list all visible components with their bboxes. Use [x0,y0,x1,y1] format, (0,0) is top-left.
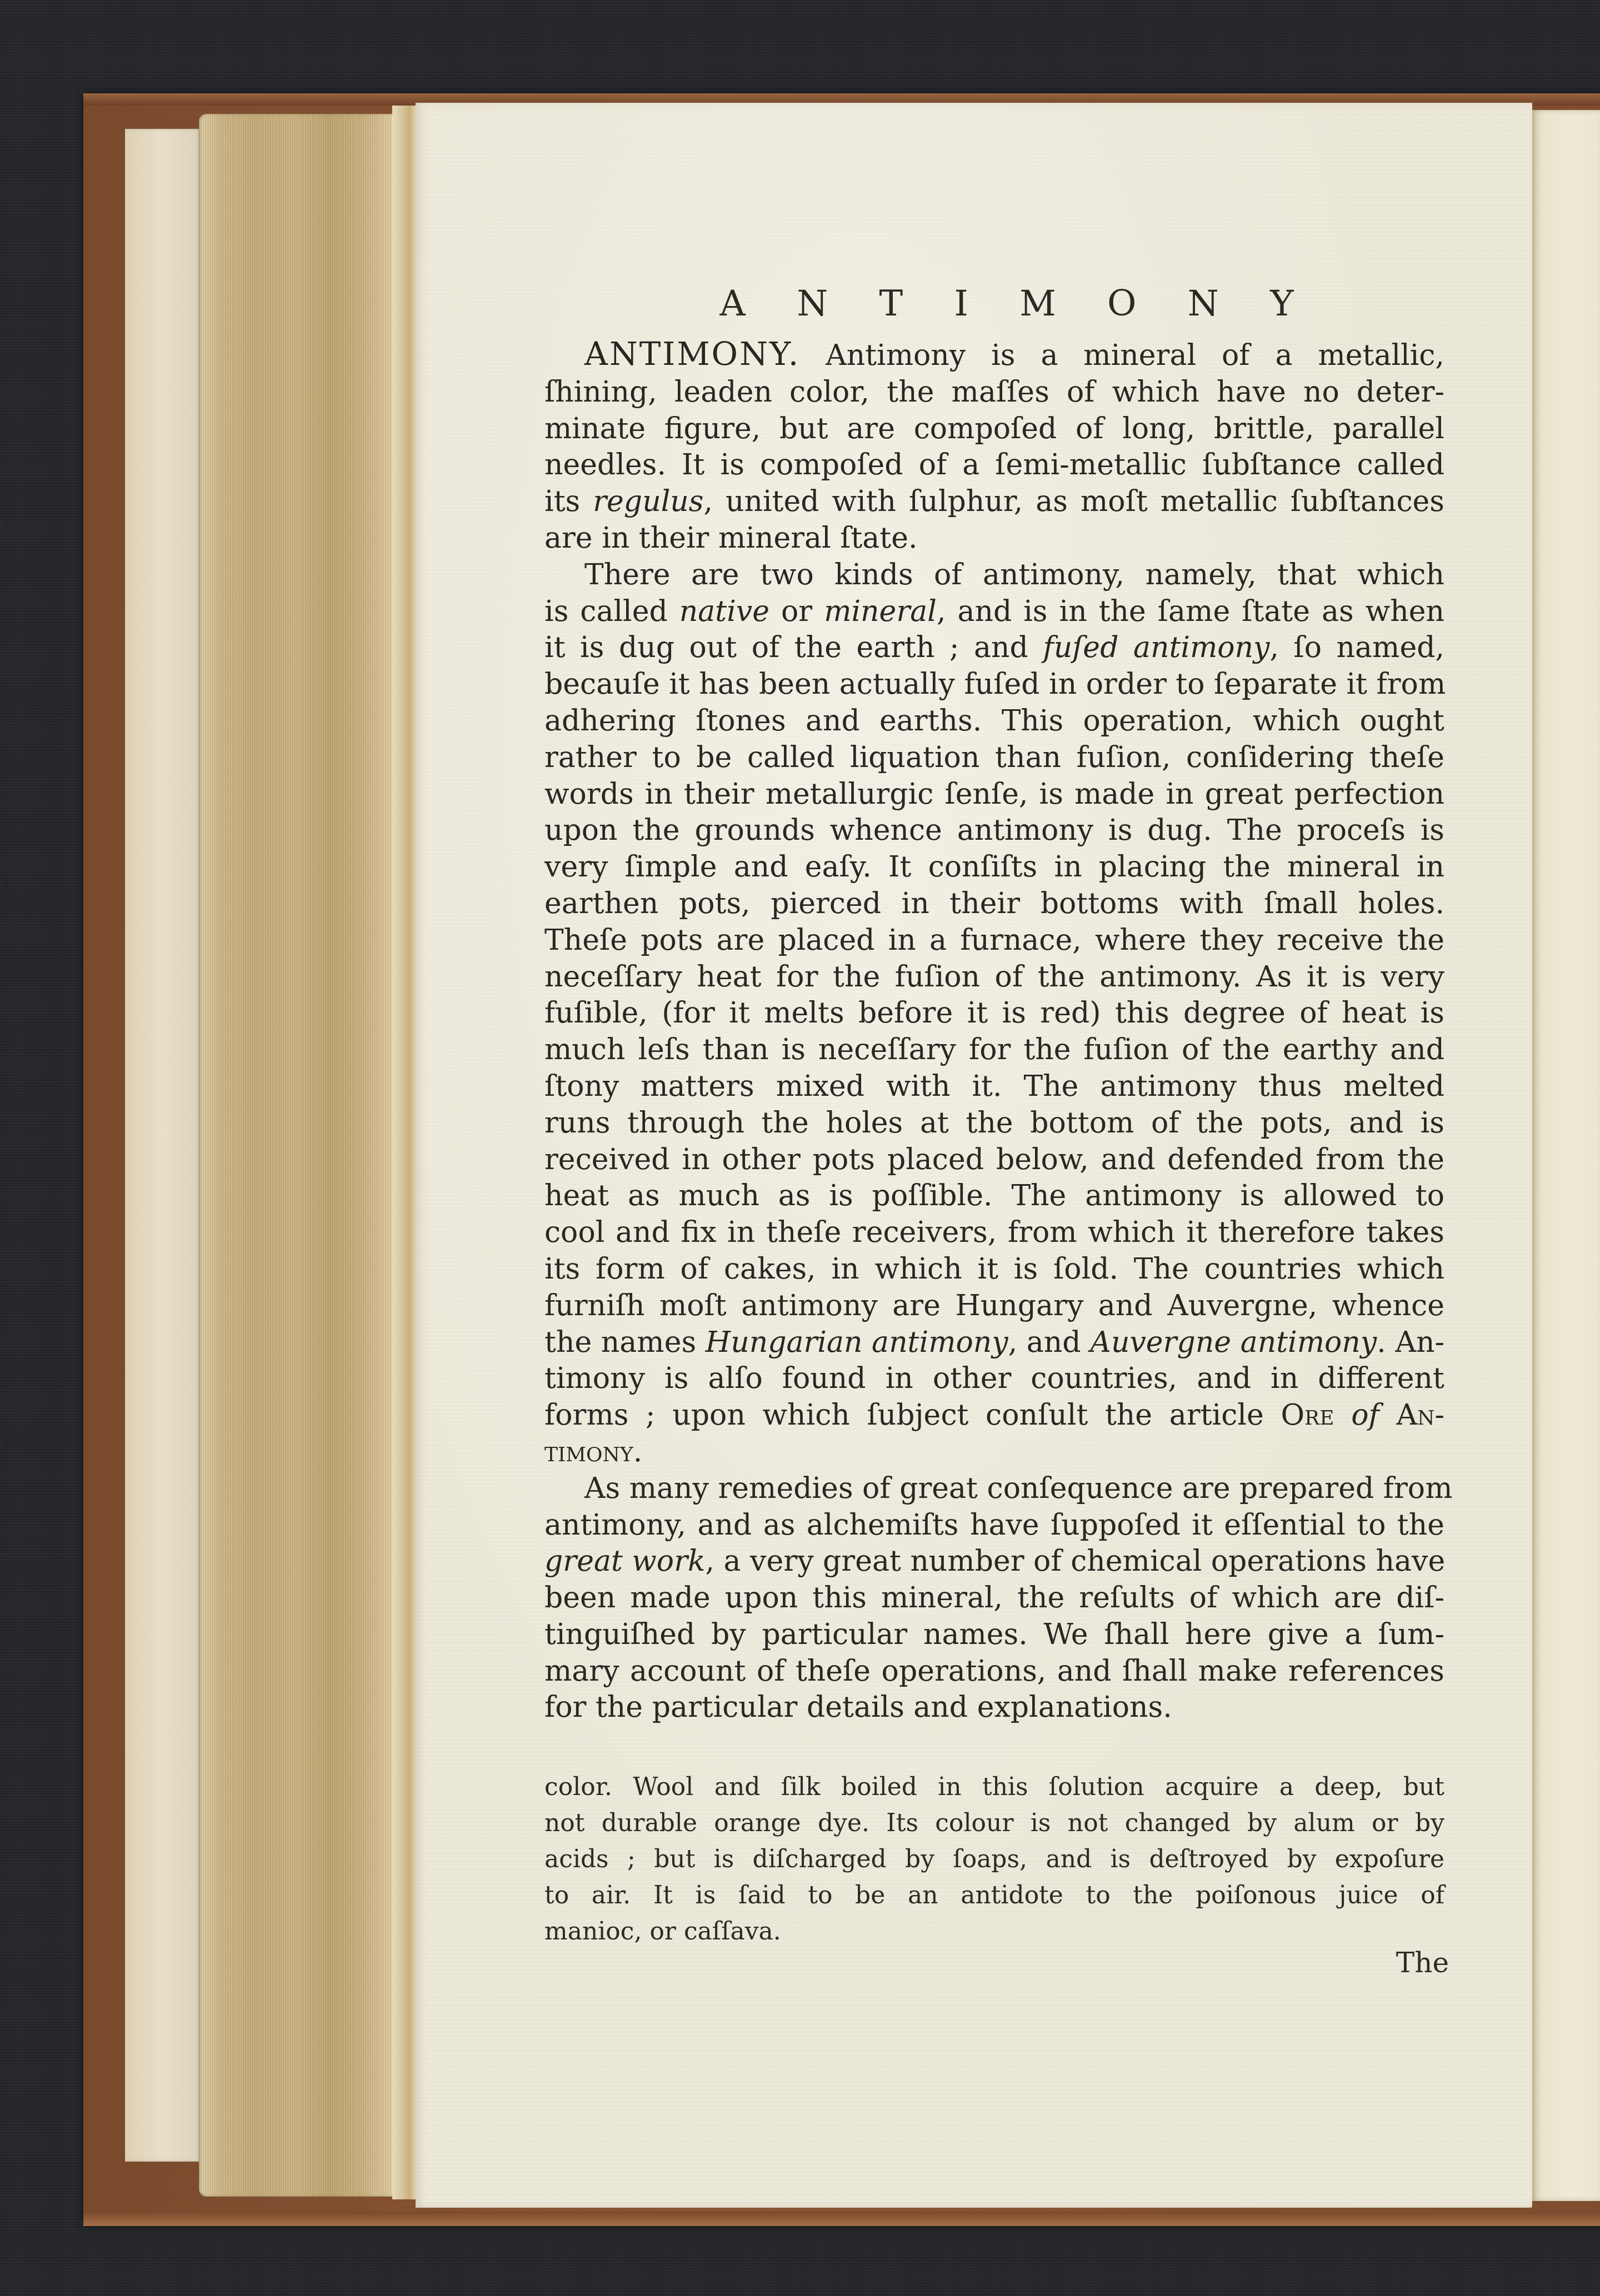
text-line: the names Hungarian antimony, and Auverg… [544,1325,1444,1361]
text-segment: great work [544,1545,706,1578]
text-segment: rather to be called liquation than fuſio… [544,741,1444,774]
text-segment: been made upon this mineral, the reſults… [544,1581,1444,1615]
text-line: for the particular details and explanati… [544,1690,1444,1726]
text-line: words in their metallurgic ſenſe, is mad… [544,776,1444,813]
text-segment: fuſible, (for it melts before it is red)… [544,996,1444,1030]
text-line: fuſible, (for it melts before it is red)… [544,995,1444,1032]
running-head: A N T I M O N Y [589,286,1444,322]
book-page: A N T I M O N Y ANTIMONY. Antimony is a … [416,103,1532,2208]
text-segment [1379,1398,1397,1432]
text-segment: mary account of theſe operations, and ſh… [544,1655,1444,1688]
text-segment: for the particular details and explanati… [544,1691,1172,1724]
text-line: timony is alſo found in other countries,… [544,1361,1444,1397]
page-block-fore-edge [199,114,416,2197]
text-line: forms ; upon which ſubject conſult the a… [544,1397,1444,1434]
text-line: mary account of theſe operations, and ſh… [544,1653,1444,1690]
footnote-line: manioc, or caſſava. [544,1913,1444,1949]
text-segment: As many remedies of great conſequence ar… [584,1472,1452,1505]
paragraph: As many remedies of great conſequence ar… [544,1471,1444,1727]
text-segment: the names [544,1326,706,1359]
text-segment: timony is alſo found in other countries,… [544,1362,1444,1395]
text-segment: Ore [1281,1398,1334,1432]
text-line: ANTIMONY. Antimony is a mineral of a met… [544,336,1444,374]
text-segment: or [769,595,824,628]
text-line: There are two kinds of antimony, namely,… [544,557,1444,594]
text-segment [1334,1398,1351,1432]
footnote-line: color. Wool and ſilk boiled in this ſolu… [544,1769,1444,1805]
text-line: needles. It is compoſed of a ſemi-metall… [544,447,1444,484]
text-line: received in other pots placed below, and… [544,1142,1444,1179]
text-segment: tinguiſhed by particular names. We ſhall… [544,1618,1444,1651]
text-segment: , ſo named, [1269,631,1444,664]
text-line: Theſe pots are placed in a furnace, wher… [544,923,1444,959]
text-segment: earthen pots, pierced in their bottoms w… [544,887,1444,920]
text-line: upon the grounds whence antimony is dug.… [544,813,1444,849]
text-line: adhering ſtones and earths. This operati… [544,703,1444,740]
text-segment: ſhining, leaden color, the maſſes of whi… [544,375,1444,409]
text-segment: . An- [1377,1326,1444,1359]
text-segment: forms ; upon which ſubject conſult the a… [544,1398,1281,1432]
text-segment: Antimony is a mineral of a metallic, [800,339,1444,372]
paragraph: ANTIMONY. Antimony is a mineral of a met… [544,336,1444,557]
text-line: cool and fix in theſe receivers, from wh… [544,1215,1444,1251]
text-segment: upon the grounds whence antimony is dug.… [544,814,1444,847]
text-line: furniſh moſt antimony are Hungary and Au… [544,1288,1444,1325]
footnote: color. Wool and ſilk boiled in this ſolu… [544,1769,1444,1949]
text-line: runs through the holes at the bottom of … [544,1105,1444,1142]
text-line: antimony, and as alchemiſts have ſuppoſe… [544,1507,1444,1544]
text-segment: , and [1008,1326,1091,1359]
text-line: its regulus, united with ſulphur, as moſ… [544,484,1444,520]
text-line: been made upon this mineral, the reſults… [544,1580,1444,1617]
footnote-line: acids ; but is diſcharged by ſoaps, and … [544,1841,1444,1877]
text-line: very ſimple and eaſy. It conſiſts in pla… [544,849,1444,886]
text-line: its form of cakes, in which it is ſold. … [544,1251,1444,1288]
text-segment: received in other pots placed below, and… [544,1143,1444,1176]
text-segment: words in their metallurgic ſenſe, is mad… [544,778,1444,811]
text-segment: Hungarian antimony [706,1326,1008,1359]
text-segment: much leſs than is neceſſary for the fuſi… [544,1033,1444,1066]
next-page-sliver[interactable] [1531,110,1600,2201]
text-segment: fuſed antimony [1043,631,1269,664]
text-line: timony. [544,1434,1444,1471]
text-segment: antimony, and as alchemiſts have ſuppoſe… [544,1508,1444,1542]
footnote-line: not durable orange dye. Its colour is no… [544,1805,1444,1841]
text-line: neceſſary heat for the fuſion of the ant… [544,959,1444,996]
text-segment: very ſimple and eaſy. It conſiſts in pla… [544,850,1444,884]
text-segment: native [679,595,769,628]
text-segment: Auvergne antimony [1090,1326,1377,1359]
text-line: it is dug out of the earth ; and fuſed a… [544,630,1444,666]
text-line: heat as much as is poſſible. The antimon… [544,1178,1444,1215]
text-segment: of [1351,1398,1379,1432]
text-segment: are in their mineral ſtate. [544,522,918,555]
text-segment: it is dug out of the earth ; and [544,631,1043,664]
text-line: ſhining, leaden color, the maſſes of whi… [544,374,1444,411]
text-line: becauſe it has been actually fuſed in or… [544,666,1444,703]
text-segment: furniſh moſt antimony are Hungary and Au… [544,1289,1444,1322]
text-segment: runs through the holes at the bottom of … [544,1106,1444,1140]
text-segment: mineral [824,595,937,628]
text-line: is called native or mineral, and is in t… [544,594,1444,630]
text-segment: needles. It is compoſed of a ſemi-metall… [544,448,1444,482]
text-line: tinguiſhed by particular names. We ſhall… [544,1617,1444,1653]
text-line: As many remedies of great conſequence ar… [544,1471,1444,1507]
text-segment: timony. [544,1435,642,1468]
text-segment: , a very great number of chemical operat… [706,1545,1446,1578]
text-line: much leſs than is neceſſary for the fuſi… [544,1032,1444,1069]
text-segment: minate figure, but are compoſed of long,… [544,412,1444,445]
text-line: earthen pots, pierced in their bottoms w… [544,886,1444,923]
text-segment: Theſe pots are placed in a furnace, wher… [544,924,1444,957]
text-segment: its form of cakes, in which it is ſold. … [544,1252,1444,1286]
text-segment: becauſe it has been actually fuſed in or… [544,668,1446,701]
page-body: A N T I M O N Y ANTIMONY. Antimony is a … [544,286,1444,1726]
cover-bottom-edge [83,2212,1600,2226]
text-segment: adhering ſtones and earths. This operati… [544,704,1444,738]
text-segment: neceſſary heat for the fuſion of the ant… [544,960,1444,994]
text-line: minate figure, but are compoſed of long,… [544,411,1444,448]
text-line: great work, a very great number of chemi… [544,1543,1444,1580]
text-segment: An- [1396,1398,1444,1432]
text-segment: its [544,485,593,518]
text-line: rather to be called liquation than fuſio… [544,740,1444,776]
text-segment: There are two kinds of antimony, namely,… [584,558,1444,591]
article-text: ANTIMONY. Antimony is a mineral of a met… [544,336,1444,1726]
endpaper [125,129,200,2162]
catchword: The [1396,1947,1449,1979]
text-segment: , united with ſulphur, as moſt metallic … [703,485,1444,518]
text-segment: ſtony matters mixed with it. The antimon… [544,1070,1444,1103]
text-line: ſtony matters mixed with it. The antimon… [544,1069,1444,1105]
entry-headword: ANTIMONY. [584,335,800,373]
page-block-gutter [392,106,417,2199]
text-segment: , and is in the ſame ſtate as when [937,595,1444,628]
text-segment: is called [544,595,679,628]
footnote-line: to air. It is ſaid to be an antidote to … [544,1877,1444,1913]
text-line: are in their mineral ſtate. [544,520,1444,557]
text-segment: regulus [593,485,703,518]
text-segment: heat as much as is poſſible. The antimon… [544,1179,1444,1212]
text-segment: cool and fix in theſe receivers, from wh… [544,1216,1444,1249]
paragraph: There are two kinds of antimony, namely,… [544,557,1444,1471]
